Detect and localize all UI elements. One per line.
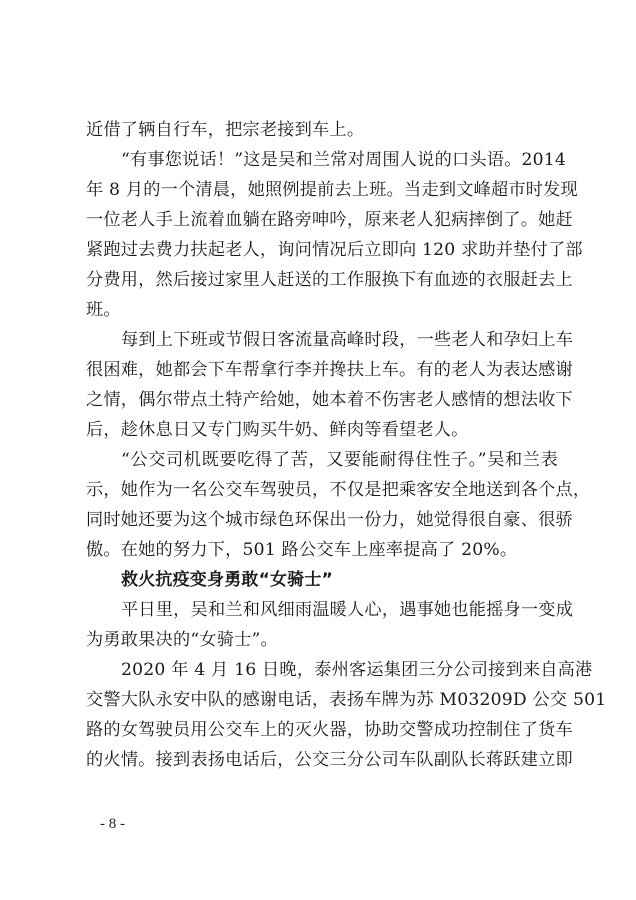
paragraph: 平日里，吴和兰和风细雨温暖人心，遇事她也能摇身一变成 为勇敢果决的“女骑士”。 xyxy=(86,595,558,655)
paragraph: “有事您说话！”这是吴和兰常对周围人说的口头语。2014 年 8 月的一个清晨，… xyxy=(86,145,558,325)
text-line: 班。 xyxy=(86,295,558,325)
text-line: 之情，偶尔带点土特产给她，她本着不伤害老人感情的想法收下 xyxy=(86,385,558,415)
text-line: 年 8 月的一个清晨，她照例提前去上班。当走到文峰超市时发现 xyxy=(86,175,558,205)
text-line: 后，趁休息日又专门购买牛奶、鲜肉等看望老人。 xyxy=(86,415,558,445)
text-line: 紧跑过去费力扶起老人，询问情况后立即向 120 求助并垫付了部 xyxy=(86,235,558,265)
text-line: 平日里，吴和兰和风细雨温暖人心，遇事她也能摇身一变成 xyxy=(86,595,558,625)
paragraph: 每到上下班或节假日客流量高峰时段，一些老人和孕妇上车 很困难，她都会下车帮拿行李… xyxy=(86,325,558,445)
text-line: 傲。在她的努力下，501 路公交车上座率提高了 20%。 xyxy=(86,535,558,565)
text-line: 示，她作为一名公交车驾驶员，不仅是把乘客安全地送到各个点， xyxy=(86,475,558,505)
text-line: 的火情。接到表扬电话后，公交三分公司车队副队长蒋跃建立即 xyxy=(86,745,558,775)
paragraph: “公交司机既要吃得了苦，又要能耐得住性子。”吴和兰表 示，她作为一名公交车驾驶员… xyxy=(86,445,558,565)
text-line: 每到上下班或节假日客流量高峰时段，一些老人和孕妇上车 xyxy=(86,325,558,355)
text-line: 近借了辆自行车，把宗老接到车上。 xyxy=(86,115,558,145)
text-line: 一位老人手上流着血躺在路旁呻吟，原来老人犯病摔倒了。她赶 xyxy=(86,205,558,235)
paragraph: 近借了辆自行车，把宗老接到车上。 xyxy=(86,115,558,145)
text-line: 为勇敢果决的“女骑士”。 xyxy=(86,625,558,655)
text-line: “有事您说话！”这是吴和兰常对周围人说的口头语。2014 xyxy=(86,145,558,175)
text-line: 路的女驾驶员用公交车上的灭火器，协助交警成功控制住了货车 xyxy=(86,715,558,745)
document-body: 近借了辆自行车，把宗老接到车上。 “有事您说话！”这是吴和兰常对周围人说的口头语… xyxy=(86,115,558,775)
text-line: 2020 年 4 月 16 日晚，泰州客运集团三分公司接到来自高港 xyxy=(86,655,558,685)
text-line: 交警大队永安中队的感谢电话，表扬车牌为苏 M03209D 公交 501 xyxy=(86,685,558,715)
text-line: “公交司机既要吃得了苦，又要能耐得住性子。”吴和兰表 xyxy=(86,445,558,475)
page-number: - 8 - xyxy=(100,816,125,833)
text-line: 很困难，她都会下车帮拿行李并搀扶上车。有的老人为表达感谢 xyxy=(86,355,558,385)
text-line: 分费用，然后接过家里人赶送的工作服换下有血迹的衣服赶去上 xyxy=(86,265,558,295)
paragraph: 2020 年 4 月 16 日晚，泰州客运集团三分公司接到来自高港 交警大队永安… xyxy=(86,655,558,775)
section-heading: 救火抗疫变身勇敢“女骑士” xyxy=(86,565,558,595)
text-line: 同时她还要为这个城市绿色环保出一份力，她觉得很自豪、很骄 xyxy=(86,505,558,535)
